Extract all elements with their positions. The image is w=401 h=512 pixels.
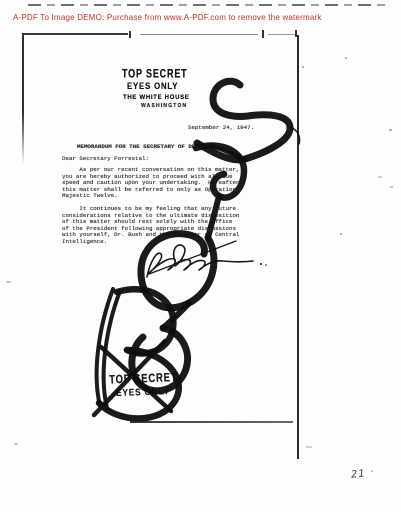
scan-speck	[302, 66, 304, 68]
scan-speck	[371, 470, 373, 472]
scan-speck	[345, 57, 347, 59]
page-border-right	[297, 35, 299, 459]
footer-classification: TOP SECRET	[109, 372, 178, 387]
scan-speck	[14, 443, 18, 445]
page-border-top-right	[268, 34, 296, 35]
handwritten-ink-layer: BOGUS	[0, 0, 401, 512]
scan-tick	[129, 31, 131, 38]
letterhead-classification: TOP SECRET	[122, 68, 188, 81]
scan-tick	[262, 30, 264, 38]
scan-speck	[389, 129, 392, 131]
watermark-text: A-PDF To Image DEMO: Purchase from www.A…	[13, 13, 322, 22]
page-number: 21	[350, 468, 366, 480]
bogus-annotation: BOGUS	[94, 81, 300, 418]
letterhead-city: WASHINGTON	[141, 103, 187, 109]
scan-speck	[378, 176, 382, 178]
signature-name: Harry Truman	[0, 0, 1, 1]
page-border-top-faint	[140, 34, 258, 35]
memo-heading: MEMORANDUM FOR THE SECRETARY OF DEFENSE	[77, 144, 213, 151]
footer-handling: EYES ONLY	[116, 386, 170, 399]
page-border-left	[22, 33, 24, 165]
memo-salutation: Dear Secretary Forrestal:	[62, 156, 149, 163]
scan-speck	[340, 233, 342, 235]
memo-date: September 24, 1947.	[188, 125, 254, 132]
scan-speck	[6, 281, 11, 283]
letterhead-handling: EYES ONLY	[127, 81, 178, 91]
memo-paragraph-1: As per our recent conversation on this m…	[62, 167, 239, 200]
memo-paragraph-2: It continues to be my feeling that any f…	[62, 206, 239, 245]
scan-speck	[306, 446, 312, 448]
signature	[147, 241, 267, 277]
page-border-top	[22, 33, 128, 35]
scanned-document-page: A-PDF To Image DEMO: Purchase from www.A…	[0, 0, 401, 512]
scan-artifact-line	[28, 4, 390, 6]
footer-rule-line	[130, 421, 293, 423]
scan-speck	[390, 186, 393, 188]
letterhead-org: THE WHITE HOUSE	[123, 95, 190, 101]
